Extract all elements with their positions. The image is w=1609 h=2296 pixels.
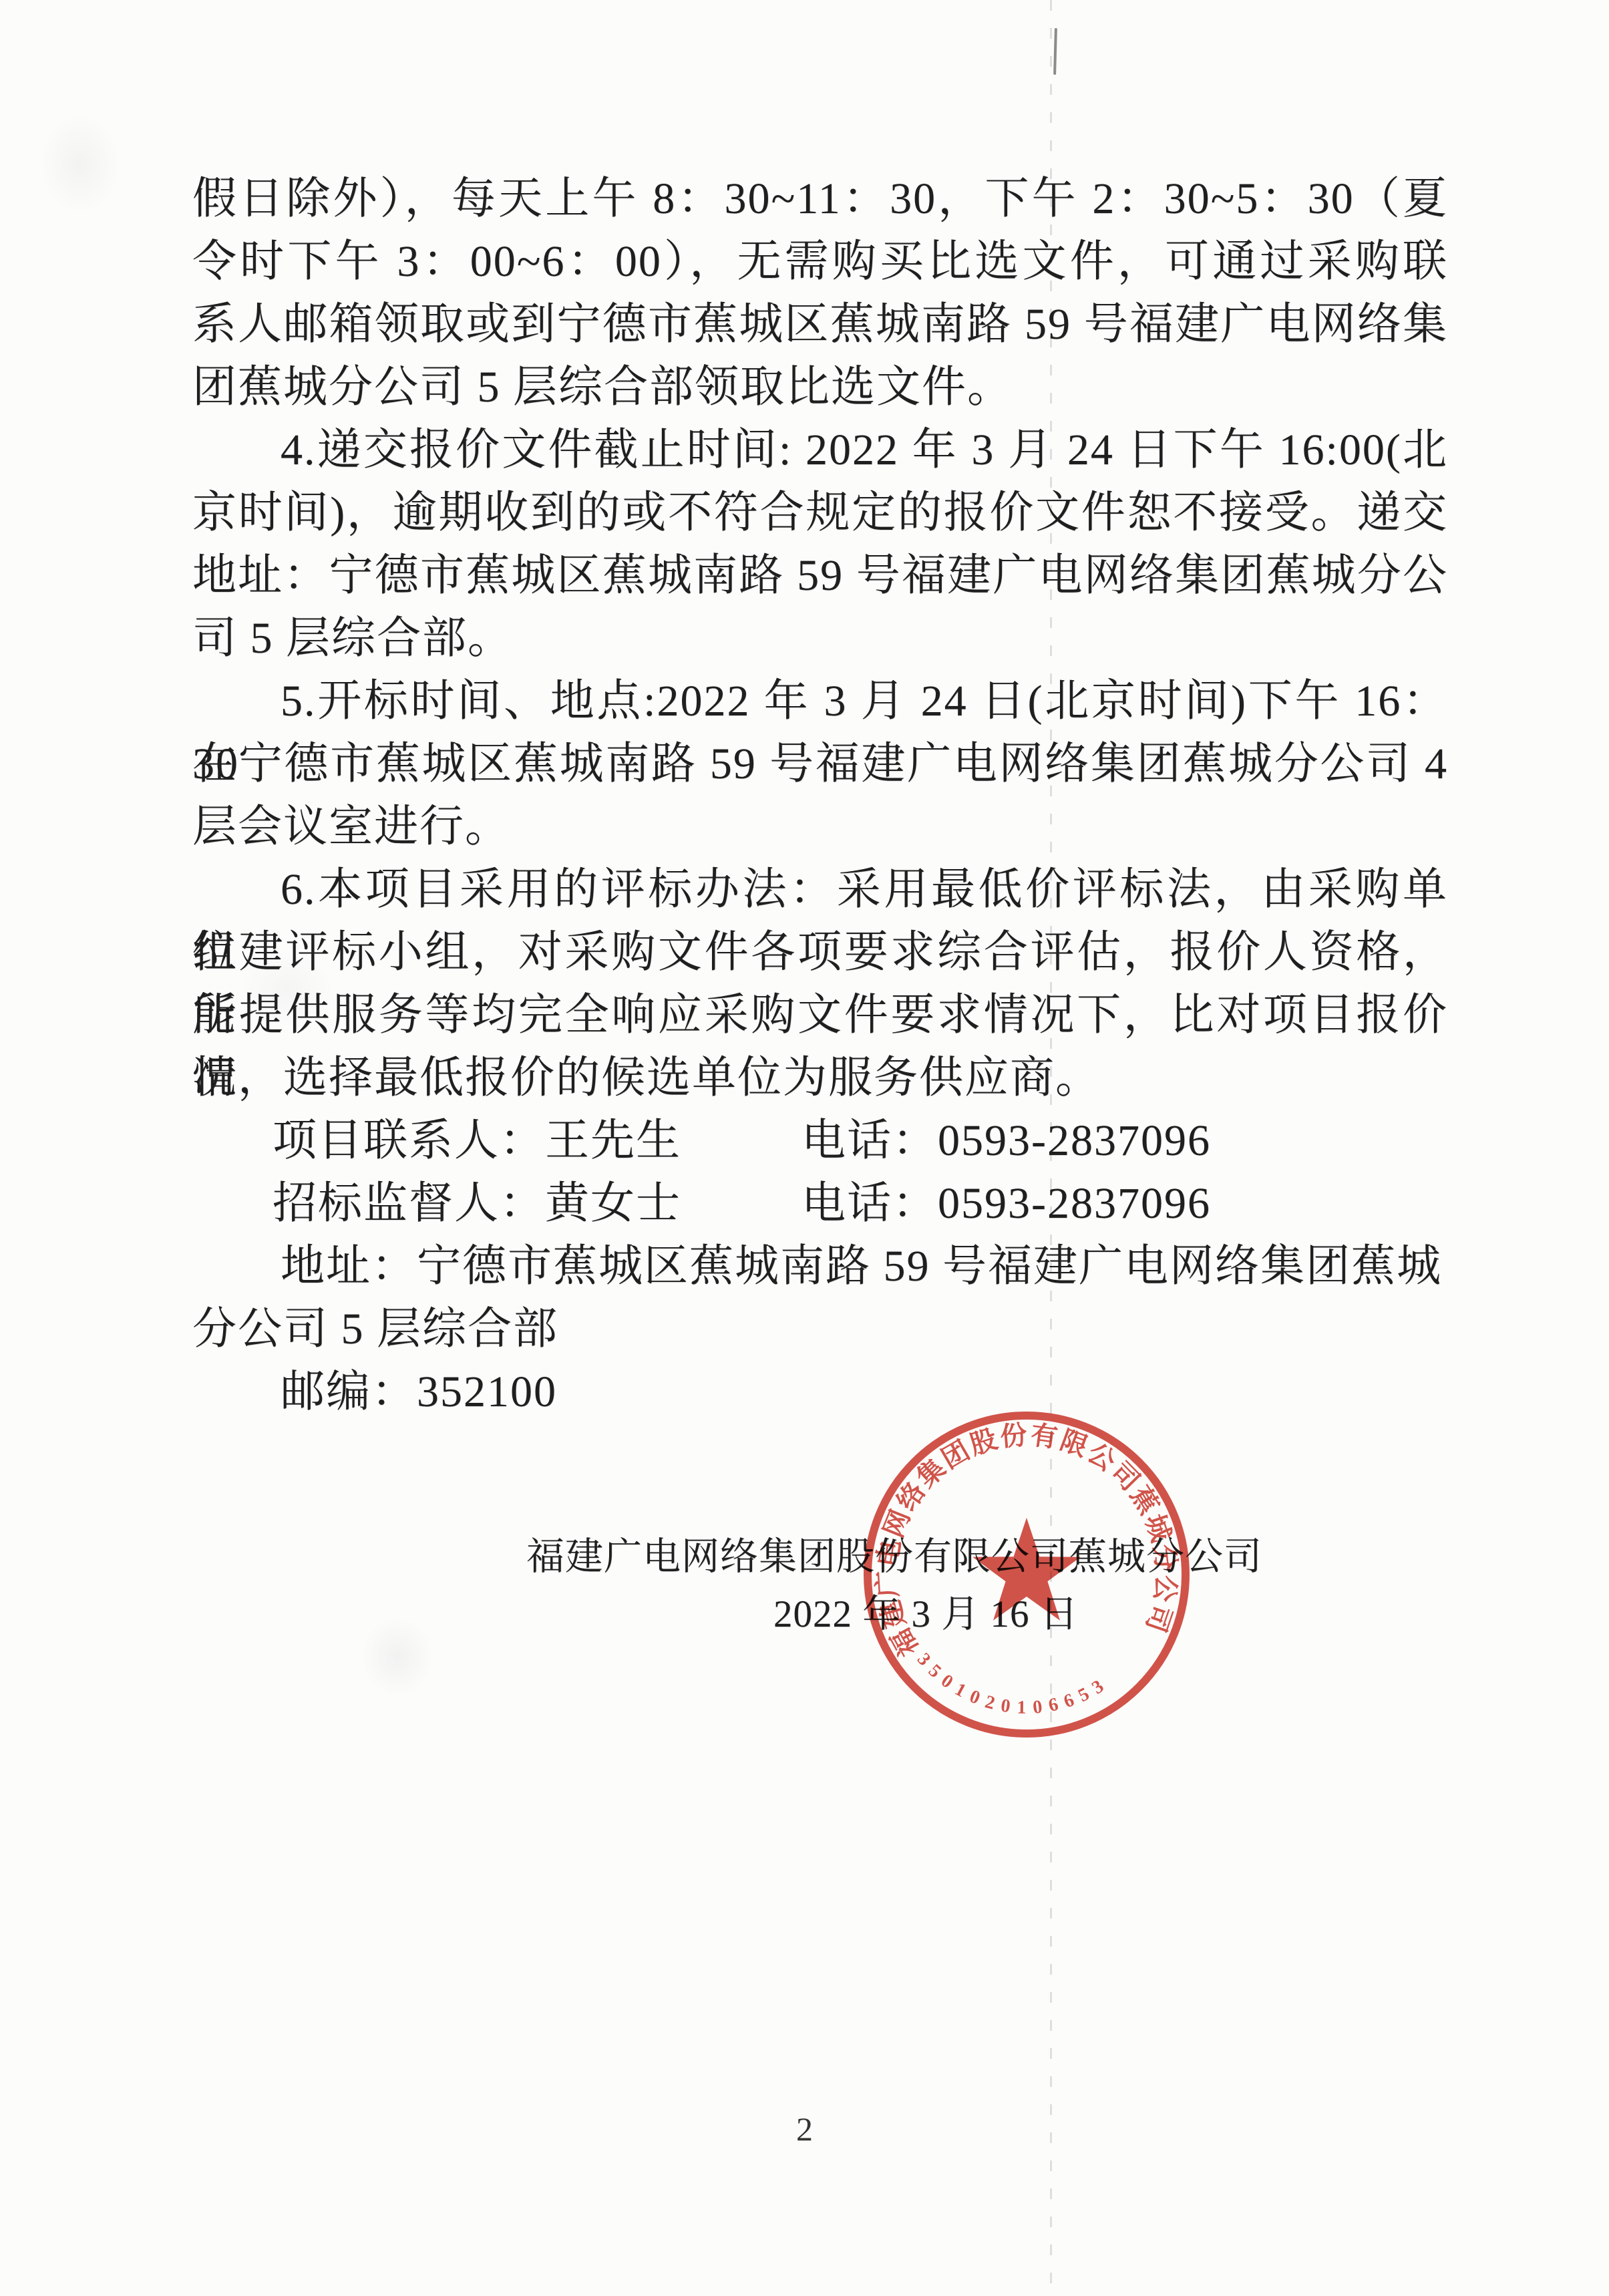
body-line: 令时下午 3：00~6：00），无需购买比选文件，可通过采购联 [192,230,1448,293]
body-line: 团蕉城分公司 5 层综合部领取比选文件。 [192,356,1448,419]
page-number: 2 [0,2110,1609,2148]
scanned-document-page: 假日除外），每天上午 8：30~11：30，下午 2：30~5：30（夏令时下午… [0,0,1609,2296]
contact-label: 项目联系人：王先生 [192,1116,681,1165]
body-line: 分公司 5 层综合部 [192,1298,1448,1361]
body-line: 层会议室进行。 [192,796,1448,858]
body-line: 假日除外），每天上午 8：30~11：30，下午 2：30~5：30（夏 [192,168,1448,230]
body-line: 组建评标小组，对采购文件各项要求综合评估，报价人资格，所 [192,921,1448,984]
signature-date: 2022 年 3 月 16 日 [773,1594,1079,1635]
signature-company: 福建广电网络集团股份有限公司蕉城分公司 [526,1536,1262,1578]
body-line: 能提供服务等均完全响应采购文件要求情况下，比对项目报价情 [192,984,1448,1047]
body-line: 京时间)，逾期收到的或不符合规定的报价文件恕不接受。递交 [192,482,1448,544]
body-line: 4.递交报价文件截止时间: 2022 年 3 月 24 日下午 16:00(北 [192,419,1448,482]
document-body: 假日除外），每天上午 8：30~11：30，下午 2：30~5：30（夏令时下午… [192,168,1448,1424]
contact-line: 招标监督人：黄女士电话：0593-2837096 [192,1172,1448,1235]
seal-number: 3501020106653 [913,1649,1113,1718]
body-line: 况，选择最低报价的候选单位为服务供应商。 [192,1047,1448,1110]
body-line: 地址：宁德市蕉城区蕉城南路 59 号福建广电网络集团蕉城 [192,1235,1448,1298]
contact-label: 招标监督人：黄女士 [192,1179,681,1228]
body-line: 6.本项目采用的评标办法：采用最低价评标法，由采购单位 [192,858,1448,921]
body-line: 在宁德市蕉城区蕉城南路 59 号福建广电网络集团蕉城分公司 4 [192,733,1448,796]
scan-smudge [361,1617,434,1697]
scan-smudge [40,114,120,214]
contact-phone: 电话：0593-2837096 [801,1172,1211,1235]
contact-line: 项目联系人：王先生电话：0593-2837096 [192,1110,1448,1172]
scan-fold-dash [1053,28,1057,75]
body-line: 司 5 层综合部。 [192,607,1448,670]
body-line: 邮编：352100 [192,1361,1448,1424]
contact-phone: 电话：0593-2837096 [801,1110,1211,1172]
body-line: 系人邮箱领取或到宁德市蕉城区蕉城南路 59 号福建广电网络集 [192,293,1448,356]
body-line: 地址：宁德市蕉城区蕉城南路 59 号福建广电网络集团蕉城分公 [192,544,1448,607]
body-line: 5.开标时间、地点:2022 年 3 月 24 日(北京时间)下午 16：30 [192,670,1448,733]
